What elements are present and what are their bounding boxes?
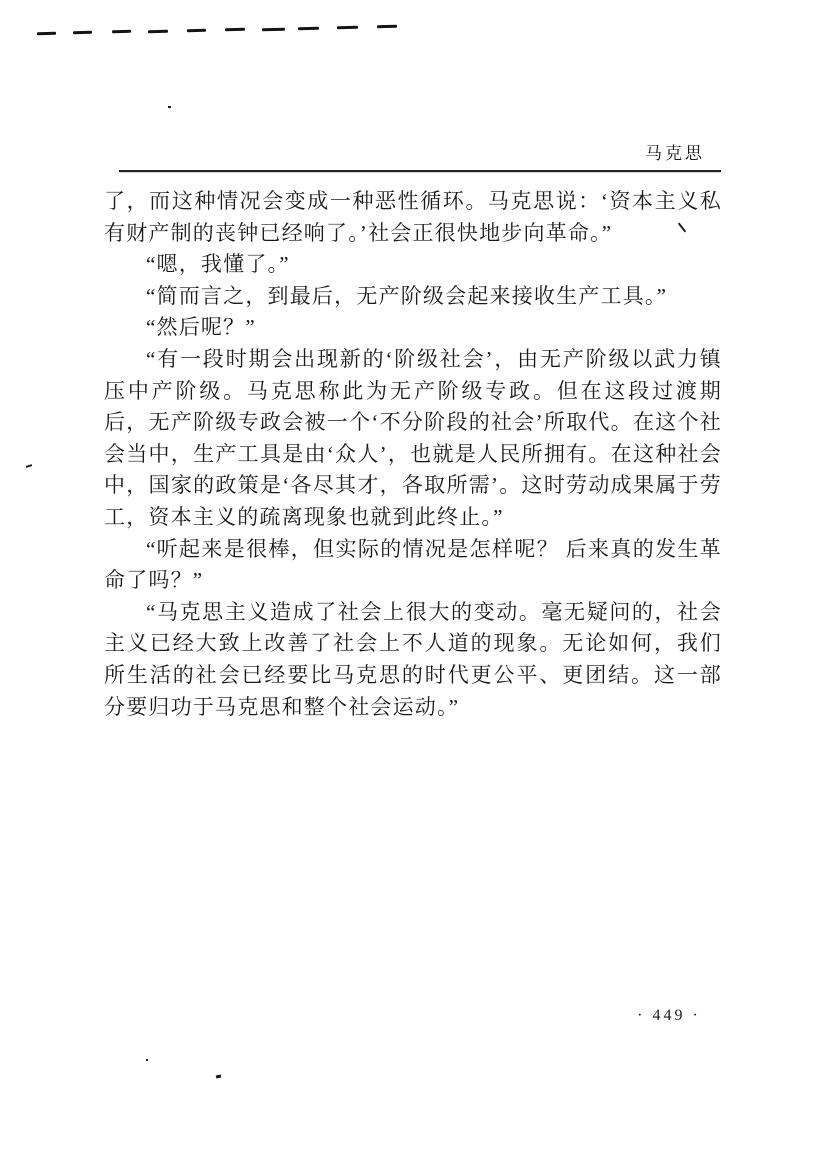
torn-dash <box>377 25 397 29</box>
torn-dash <box>298 27 319 31</box>
paragraph-6: “听起来是很棒，但实际的情况是怎样呢？ 后来真的发生革命了吗？” <box>104 534 722 597</box>
torn-dash <box>148 30 168 34</box>
paragraph-3: “简而言之，到最后，无产阶级会起来接收生产工具。” <box>104 281 722 313</box>
body-text: 了，而这种情况会变成一种恶性循环。马克思说：‘资本主义私有财产制的丧钟已经响了。… <box>104 186 722 723</box>
torn-dash <box>225 28 245 32</box>
torn-dash <box>37 32 56 35</box>
paragraph-5: “有一段时期会出现新的‘阶级社会’，由无产阶级以武力镇压中产阶级。马克思称此为无… <box>104 344 722 534</box>
paragraph-7: “马克思主义造成了社会上很大的变动。毫无疑问的，社会主义已经大致上改善了社会上不… <box>104 597 722 723</box>
paragraph-2: “嗯，我懂了。” <box>104 249 722 281</box>
torn-dash <box>337 26 358 30</box>
paragraph-4: “然后呢？” <box>104 312 722 344</box>
torn-dash <box>262 28 285 32</box>
scan-speck <box>168 106 171 108</box>
scan-speck <box>328 354 331 356</box>
scan-speck <box>216 1075 222 1079</box>
scan-speck <box>146 1059 148 1061</box>
running-head: 马克思 <box>120 139 705 164</box>
paragraph-1: 了，而这种情况会变成一种恶性循环。马克思说：‘资本主义私有财产制的丧钟已经响了。… <box>104 186 722 249</box>
running-title: 马克思 <box>645 144 705 163</box>
torn-dash <box>73 31 92 34</box>
torn-dash <box>187 29 206 32</box>
header-rule <box>119 170 721 172</box>
torn-dash <box>112 30 131 33</box>
book-page: 马克思 了，而这种情况会变成一种恶性循环。马克思说：‘资本主义私有财产制的丧钟已… <box>0 0 826 1168</box>
page-number: · 449 · <box>619 1007 719 1025</box>
scan-speck <box>26 464 32 468</box>
